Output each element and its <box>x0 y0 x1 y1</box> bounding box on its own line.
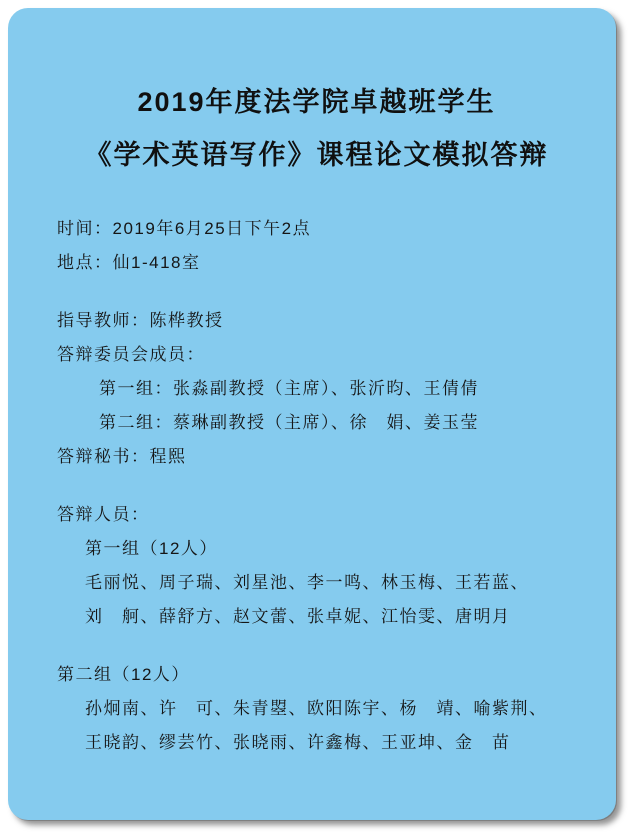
participants-group1-label: 第一组（12人） <box>57 532 576 566</box>
notice-title: 2019年度法学院卓越班学生 《学术英语写作》课程论文模拟答辩 <box>57 76 576 182</box>
participants-group1-row1: 毛丽悦、周子瑞、刘星池、李一鸣、林玉梅、王若蓝、 <box>57 566 576 600</box>
advisor-line: 指导教师：陈桦教授 <box>57 304 576 338</box>
participants-group2-row2: 王晓韵、缪芸竹、张晓雨、许鑫梅、王亚坤、金 苗 <box>57 726 576 760</box>
title-line-2: 《学术英语写作》课程论文模拟答辩 <box>57 129 576 182</box>
spacer <box>57 280 576 304</box>
title-line-1: 2019年度法学院卓越班学生 <box>57 76 576 129</box>
participants-group1-row2: 刘 舸、薛舒方、赵文蕾、张卓妮、江怡雯、唐明月 <box>57 600 576 634</box>
secretary-line: 答辩秘书：程熙 <box>57 440 576 474</box>
committee-group1-line: 第一组：张淼副教授（主席）、张沂昀、王倩倩 <box>57 372 576 406</box>
participants-heading: 答辩人员： <box>57 498 576 532</box>
location-line: 地点：仙1-418室 <box>57 246 576 280</box>
notice-card: 2019年度法学院卓越班学生 《学术英语写作》课程论文模拟答辩 时间：2019年… <box>8 8 616 820</box>
committee-group2-line: 第二组：蔡琳副教授（主席）、徐 娟、姜玉莹 <box>57 406 576 440</box>
committee-heading: 答辩委员会成员： <box>57 338 576 372</box>
time-line: 时间：2019年6月25日下午2点 <box>57 212 576 246</box>
page-background: 2019年度法学院卓越班学生 《学术英语写作》课程论文模拟答辩 时间：2019年… <box>0 0 632 835</box>
spacer <box>57 474 576 498</box>
participants-group2-label: 第二组（12人） <box>57 658 576 692</box>
spacer <box>57 634 576 658</box>
participants-group2-row1: 孙炯南、许 可、朱青曌、欧阳陈宇、杨 靖、喻紫荆、 <box>57 692 576 726</box>
